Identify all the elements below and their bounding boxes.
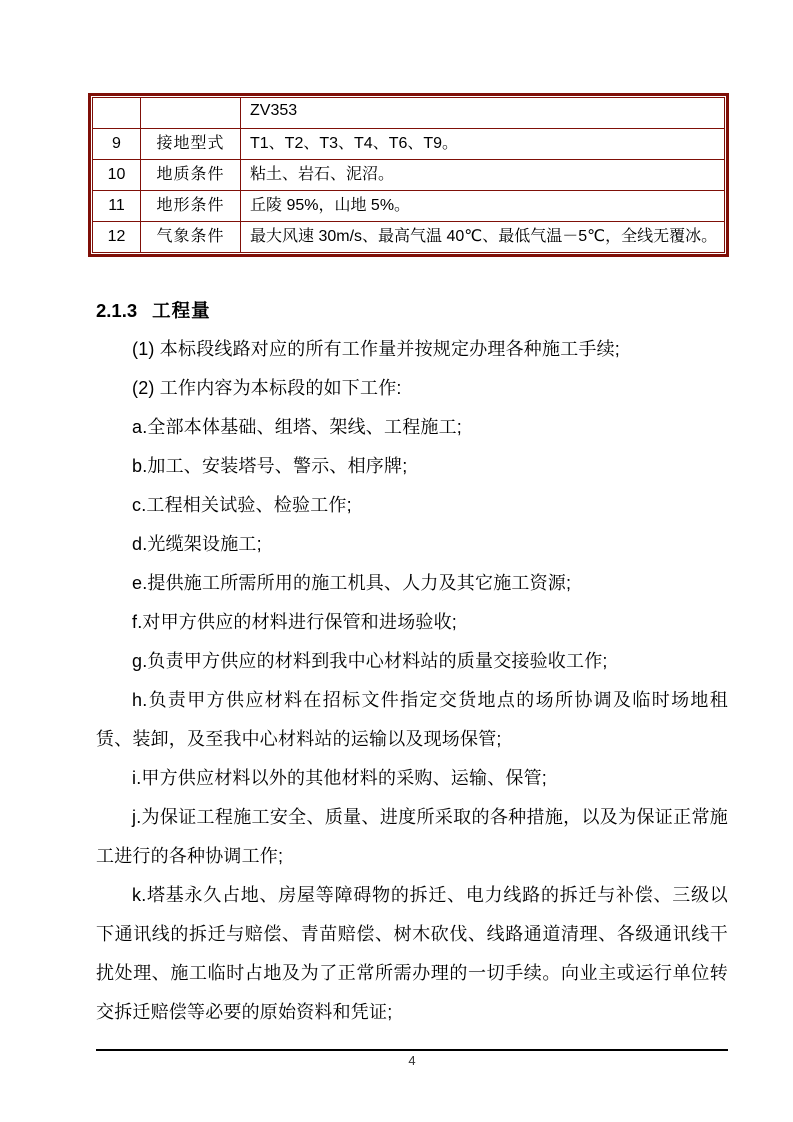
section-heading: 2.1.3工程量 [96,291,728,330]
row-label-cell: 接地型式 [141,129,241,160]
row-value-cell: 丘陵 95%，山地 5%。 [241,191,725,222]
table-row: 11 地形条件 丘陵 95%，山地 5%。 [93,191,725,222]
body-paragraph: g.负责甲方供应的材料到我中心材料站的质量交接验收工作; [96,642,728,681]
row-label-cell: 地质条件 [141,160,241,191]
body-paragraph: i.甲方供应材料以外的其他材料的采购、运输、保管; [96,759,728,798]
body-paragraph: c.工程相关试验、检验工作; [96,486,728,525]
row-number-cell: 11 [93,191,141,222]
row-value-cell: T1、T2、T3、T4、T6、T9。 [241,129,725,160]
body-paragraph: k.塔基永久占地、房屋等障碍物的拆迁、电力线路的拆迁与补偿、三级以下通讯线的拆迁… [96,876,728,1032]
row-value-cell: 粘土、岩石、泥沼。 [241,160,725,191]
table-row: 10 地质条件 粘土、岩石、泥沼。 [93,160,725,191]
row-label-cell [141,98,241,129]
body-paragraph: e.提供施工所需所用的施工机具、人力及其它施工资源; [96,564,728,603]
body-paragraph: j.为保证工程施工安全、质量、进度所采取的各种措施，以及为保证正常施工进行的各种… [96,798,728,876]
row-label-cell: 气象条件 [141,222,241,253]
document-content: ZV353 9 接地型式 T1、T2、T3、T4、T6、T9。 10 地质条件 … [96,93,728,1032]
body-paragraph: (1) 本标段线路对应的所有工作量并按规定办理各种施工手续; [96,330,728,369]
spec-table-grid: ZV353 9 接地型式 T1、T2、T3、T4、T6、T9。 10 地质条件 … [92,97,725,253]
page-number: 4 [96,1053,728,1068]
document-page: ZV353 9 接地型式 T1、T2、T3、T4、T6、T9。 10 地质条件 … [0,0,793,1122]
body-paragraph: (2) 工作内容为本标段的如下工作: [96,369,728,408]
spec-table: ZV353 9 接地型式 T1、T2、T3、T4、T6、T9。 10 地质条件 … [88,93,729,257]
body-paragraph: d.光缆架设施工; [96,525,728,564]
table-row: 9 接地型式 T1、T2、T3、T4、T6、T9。 [93,129,725,160]
row-value-cell: 最大风速 30m/s、最高气温 40℃、最低气温－5℃，全线无覆冰。 [241,222,725,253]
body-paragraph: a.全部本体基础、组塔、架线、工程施工; [96,408,728,447]
body-paragraph: h.负责甲方供应材料在招标文件指定交货地点的场所协调及临时场地租赁、装卸，及至我… [96,681,728,759]
row-number-cell [93,98,141,129]
row-number-cell: 9 [93,129,141,160]
body-paragraph: b.加工、安装塔号、警示、相序牌; [96,447,728,486]
section-heading-title: 工程量 [152,300,211,321]
section-heading-number: 2.1.3 [96,300,137,321]
table-row: ZV353 [93,98,725,129]
table-row: 12 气象条件 最大风速 30m/s、最高气温 40℃、最低气温－5℃，全线无覆… [93,222,725,253]
row-number-cell: 10 [93,160,141,191]
row-number-cell: 12 [93,222,141,253]
row-label-cell: 地形条件 [141,191,241,222]
page-footer: 4 [96,1049,728,1068]
body-paragraph: f.对甲方供应的材料进行保管和进场验收; [96,603,728,642]
row-value-cell: ZV353 [241,98,725,129]
